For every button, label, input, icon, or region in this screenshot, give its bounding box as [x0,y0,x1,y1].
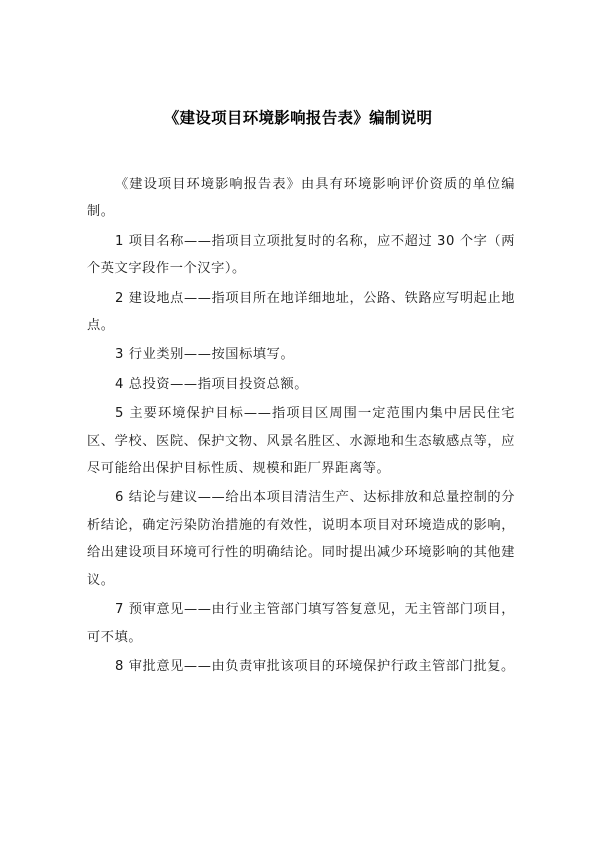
paragraph-item-7-pre-review: 7 预审意见——由行业主管部门填写答复意见，无主管部门项目，可不填。 [87,596,515,651]
paragraph-item-8-approval: 8 审批意见——由负责审批该项目的环境保护行政主管部门批复。 [87,653,515,680]
paragraph-item-2-location: 2 建设地点——指项目所在地详细地址，公路、铁路应写明起止地点。 [87,285,515,340]
paragraph-item-6-conclusion: 6 结论与建议——给出本项目清洁生产、达标排放和总量控制的分析结论，确定污染防治… [87,484,515,594]
paragraph-intro: 《建设项目环境影响报告表》由具有环境影响评价资质的单位编制。 [87,171,515,226]
paragraph-item-3-industry: 3 行业类别——按国标填写。 [87,341,515,368]
document-body: 《建设项目环境影响报告表》由具有环境影响评价资质的单位编制。 1 项目名称——指… [87,171,515,682]
paragraph-item-1-project-name: 1 项目名称——指项目立项批复时的名称，应不超过 30 个字（两个英文字段作一个… [87,228,515,283]
paragraph-item-5-protection-targets: 5 主要环境保护目标——指项目区周围一定范围内集中居民住宅区、学校、医院、保护文… [87,400,515,482]
paragraph-item-4-investment: 4 总投资——指项目投资总额。 [87,371,515,398]
document-title: 《建设项目环境影响报告表》编制说明 [0,106,596,128]
document-page: 《建设项目环境影响报告表》编制说明 《建设项目环境影响报告表》由具有环境影响评价… [0,0,596,842]
